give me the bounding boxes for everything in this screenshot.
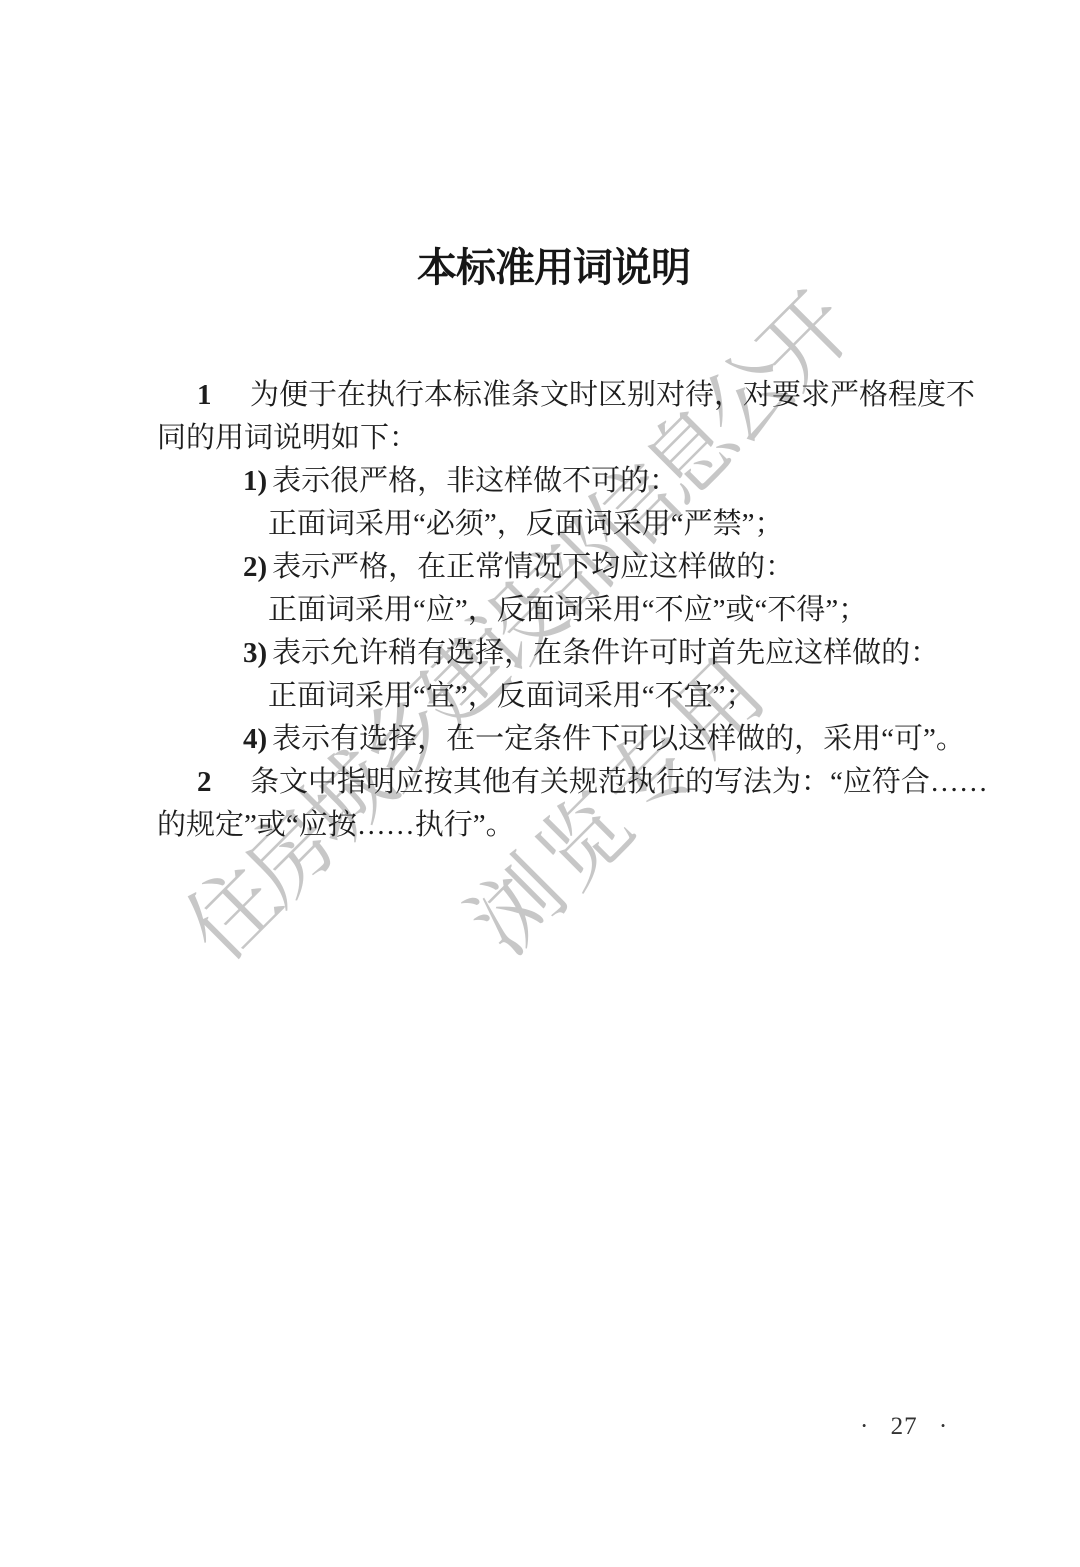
body-line: 2条文中指明应按其他有关规范执行的写法为：“应符合…… xyxy=(157,761,967,804)
line-text: 表示允许稍有选择，在条件许可时首先应这样做的： xyxy=(272,637,939,669)
line-text: 同的用词说明如下： xyxy=(157,422,418,454)
line-text: 表示有选择，在一定条件下可以这样做的，采用“可”。 xyxy=(272,723,965,755)
line-text: 表示严格，在正常情况下均应这样做的： xyxy=(272,551,794,583)
line-number: 2 xyxy=(197,761,213,804)
line-number: 3) xyxy=(243,632,267,675)
body-line: 3)表示允许稍有选择，在条件许可时首先应这样做的： xyxy=(157,632,967,675)
page-title: 本标准用词说明 xyxy=(157,244,950,292)
line-text: 正面词采用“应”，反面词采用“不应”或“不得”； xyxy=(268,594,867,626)
line-text: 的规定”或“应按……执行”。 xyxy=(157,809,515,841)
body-line: 的规定”或“应按……执行”。 xyxy=(157,804,967,847)
body-line: 正面词采用“应”，反面词采用“不应”或“不得”； xyxy=(157,589,967,632)
line-number: 2) xyxy=(243,546,267,589)
line-text: 正面词采用“宜”，反面词采用“不宜”； xyxy=(268,680,755,712)
page-number: · 27 · xyxy=(860,1413,948,1441)
document-page: 住房城乡建设部信息公开 浏览专用 本标准用词说明 1为便于在执行本标准条文时区别… xyxy=(0,0,1080,1567)
line-text: 条文中指明应按其他有关规范执行的写法为：“应符合…… xyxy=(250,766,988,798)
body-line: 1)表示很严格，非这样做不可的： xyxy=(157,460,967,503)
body-line: 同的用词说明如下： xyxy=(157,417,967,460)
body-line: 1为便于在执行本标准条文时区别对待，对要求严格程度不 xyxy=(157,374,967,417)
line-text: 表示很严格，非这样做不可的： xyxy=(272,465,678,497)
body-text: 1为便于在执行本标准条文时区别对待，对要求严格程度不同的用词说明如下：1)表示很… xyxy=(157,374,967,847)
line-text: 为便于在执行本标准条文时区别对待，对要求严格程度不 xyxy=(250,379,975,411)
body-line: 2)表示严格，在正常情况下均应这样做的： xyxy=(157,546,967,589)
line-number: 1) xyxy=(243,460,267,503)
line-text: 正面词采用“必须”，反面词采用“严禁”； xyxy=(268,508,784,540)
line-number: 1 xyxy=(197,374,213,417)
body-line: 正面词采用“宜”，反面词采用“不宜”； xyxy=(157,675,967,718)
body-line: 4)表示有选择，在一定条件下可以这样做的，采用“可”。 xyxy=(157,718,967,761)
line-number: 4) xyxy=(243,718,267,761)
body-line: 正面词采用“必须”，反面词采用“严禁”； xyxy=(157,503,967,546)
